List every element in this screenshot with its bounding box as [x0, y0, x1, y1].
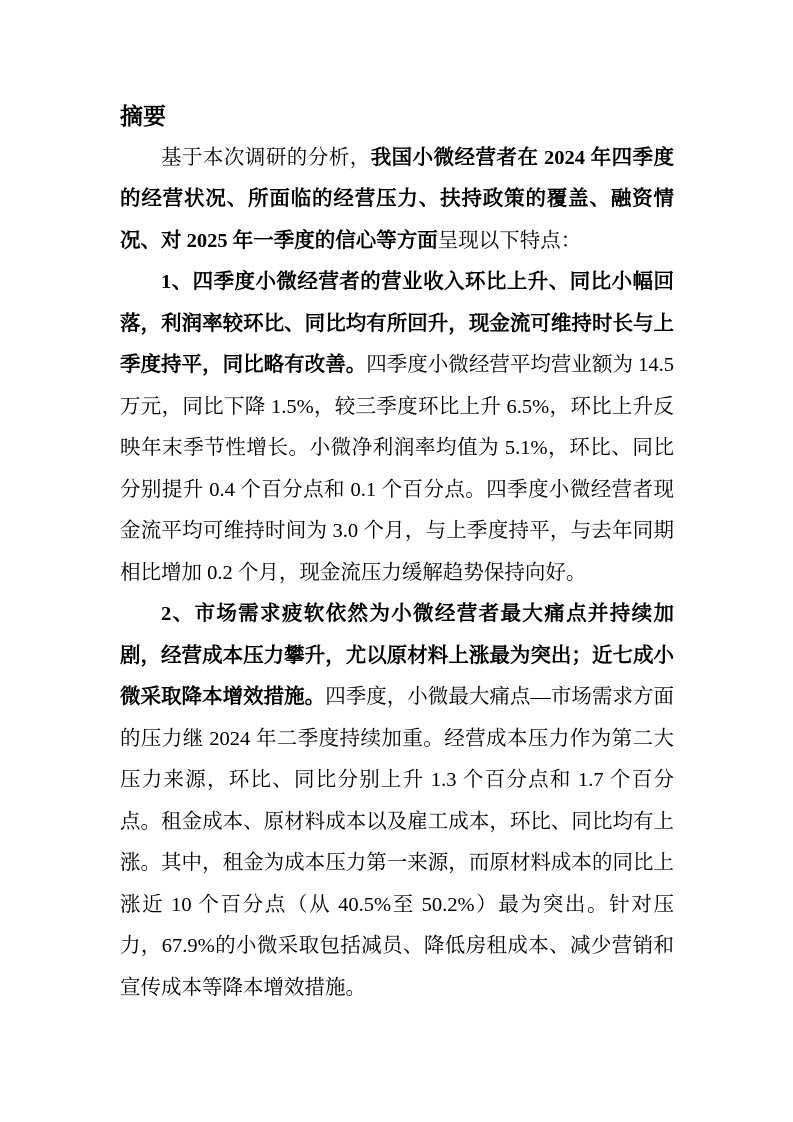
- document-content: 摘要 基于本次调研的分析，我国小微经营者在 2024 年四季度的经营状况、所面临…: [120, 96, 674, 1009]
- text-segment-regular: 四季度小微经营平均营业额为 14.5 万元，同比下降 1.5%，较三季度环比上升…: [120, 354, 674, 584]
- text-segment-regular: 四季度，小微最大痛点—市场需求方面的压力继 2024 年二季度持续加重。经营成本…: [120, 686, 674, 999]
- text-segment-regular: 基于本次调研的分析，: [161, 147, 371, 169]
- paragraph-point-1: 1、四季度小微经营者的营业收入环比上升、同比小幅回落，利润率较环比、同比均有所回…: [120, 262, 674, 594]
- abstract-heading: 摘要: [120, 96, 674, 138]
- paragraph-intro: 基于本次调研的分析，我国小微经营者在 2024 年四季度的经营状况、所面临的经营…: [120, 138, 674, 263]
- text-segment-regular: 呈现以下特点：: [438, 230, 582, 252]
- paragraph-point-2: 2、市场需求疲软依然为小微经营者最大痛点并持续加剧，经营成本压力攀升，尤以原材料…: [120, 594, 674, 1009]
- document-page: 摘要 基于本次调研的分析，我国小微经营者在 2024 年四季度的经营状况、所面临…: [0, 0, 793, 1122]
